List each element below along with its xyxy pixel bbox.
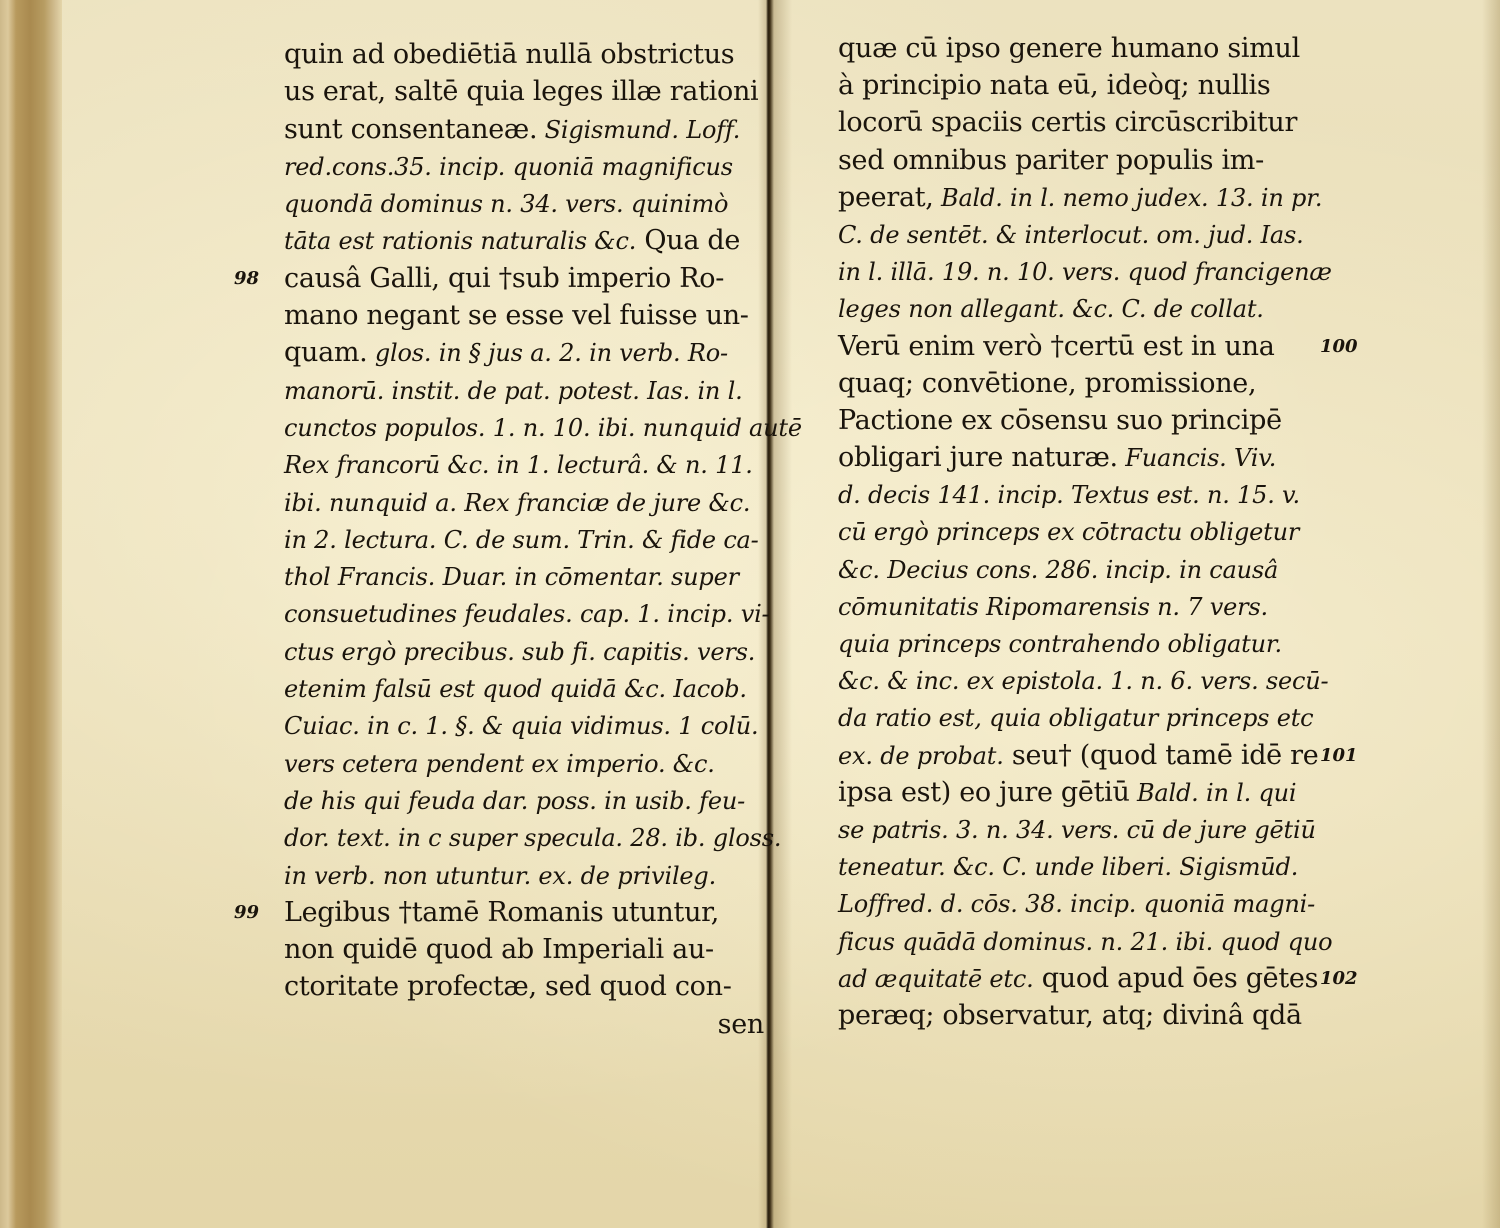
text-line: ibi. nunquid a. Rex franciæ de jure &c. <box>284 484 764 521</box>
text-line: causâ Galli, qui †sub imperio Ro- <box>284 260 764 297</box>
body-text: sunt consentaneæ. <box>284 114 537 145</box>
citation-text: Rex francorū &c. in 1. lecturâ. & n. 11. <box>284 451 753 479</box>
citation-text: se patris. 3. n. 34. vers. cū de jure gē… <box>838 816 1316 844</box>
book-spread: quin ad obediētiā nullā obstrictusus era… <box>0 0 1500 1228</box>
text-line: cū ergò princeps ex cōtractu obligetur <box>838 513 1308 550</box>
citation-text: ficus quādā dominus. n. 21. ibi. quod qu… <box>838 928 1332 956</box>
citation-text: in verb. non utuntur. ex. de privileg. <box>284 862 716 890</box>
text-line: vers cetera pendent ex imperio. &c. <box>284 745 764 782</box>
text-line: teneatur. &c. C. unde liberi. Sigismūd. <box>838 848 1308 885</box>
citation-text: quondā dominus n. 34. vers. quinimò <box>284 190 728 218</box>
text-line: peerat, Bald. in l. nemo judex. 13. in p… <box>838 179 1308 216</box>
text-line: peræq; observatur, atq; divinâ qdā <box>838 997 1308 1034</box>
citation-text: cōmunitatis Ripomarensis n. 7 vers. <box>838 593 1268 621</box>
text-line: d. decis 141. incip. Textus est. n. 15. … <box>838 476 1308 513</box>
text-line: in l. illā. 19. n. 10. vers. quod franci… <box>838 253 1308 290</box>
citation-text: teneatur. &c. C. unde liberi. Sigismūd. <box>838 853 1298 881</box>
citation-text: manorū. instit. de pat. potest. Ias. in … <box>284 377 743 405</box>
text-line: se patris. 3. n. 34. vers. cū de jure gē… <box>838 811 1308 848</box>
citation-text: red.cons.35. incip. quoniā magnificus <box>284 153 733 181</box>
body-text: Qua de <box>636 225 740 256</box>
body-text: seu† (quod tamē idē re <box>1004 740 1319 771</box>
body-text: ctoritate profectæ, sed quod con- <box>284 971 732 1002</box>
text-line: Pactione ex cōsensu suo principē <box>838 402 1308 439</box>
text-line: obligari jure naturæ. Fuancis. Viv. <box>838 439 1308 476</box>
citation-text: vers cetera pendent ex imperio. &c. <box>284 750 715 778</box>
citation-text: Sigismund. Loff. <box>537 116 740 144</box>
body-text: Legibus †tamē Romanis utuntur, <box>284 897 719 928</box>
body-text: us erat, saltē quia leges illæ rationi <box>284 76 758 107</box>
text-line: quondā dominus n. 34. vers. quinimò <box>284 185 764 222</box>
text-line: de his qui feuda dar. poss. in usib. feu… <box>284 782 764 819</box>
body-text: sed omnibus pariter populis im- <box>838 145 1264 176</box>
text-line: consuetudines feudales. cap. 1. incip. v… <box>284 595 764 632</box>
text-line: ad æquitatē etc. quod apud ōes gētes <box>838 960 1308 997</box>
text-line: Verū enim verò †certū est in una <box>838 328 1308 365</box>
text-line: ctus ergò precibus. sub fi. capitis. ver… <box>284 633 764 670</box>
text-line: quæ cū ipso genere humano simul <box>838 30 1308 67</box>
citation-text: consuetudines feudales. cap. 1. incip. v… <box>284 600 769 628</box>
citation-text: ad æquitatē etc. <box>838 965 1034 993</box>
body-text: locorū spaciis certis circūscribitur <box>838 107 1297 138</box>
text-line: quia princeps contrahendo obligatur. <box>838 625 1308 662</box>
text-line: da ratio est, quia obligatur princeps et… <box>838 699 1308 736</box>
citation-text: etenim falsū est quod quidā &c. Iacob. <box>284 675 747 703</box>
citation-text: cū ergò princeps ex cōtractu obligetur <box>838 518 1299 546</box>
text-line: cōmunitatis Ripomarensis n. 7 vers. <box>838 588 1308 625</box>
text-line: Cuiac. in c. 1. §. & quia vidimus. 1 col… <box>284 707 764 744</box>
citation-text: &c. Decius cons. 286. incip. in causâ <box>838 556 1278 584</box>
text-line: &c. & inc. ex epistola. 1. n. 6. vers. s… <box>838 662 1308 699</box>
body-text: peræq; observatur, atq; divinâ qdā <box>838 1000 1302 1031</box>
page-edge-shadow <box>1482 0 1500 1228</box>
text-line: à principio nata eū, ideòq; nullis <box>838 67 1308 104</box>
text-line: leges non allegant. &c. C. de collat. <box>838 290 1308 327</box>
text-line: C. de sentēt. & interlocut. om. jud. Ias… <box>838 216 1308 253</box>
citation-text: in l. illā. 19. n. 10. vers. quod franci… <box>838 258 1332 286</box>
body-text: mano negant se esse vel fuisse un- <box>284 300 749 331</box>
citation-text: &c. & inc. ex epistola. 1. n. 6. vers. s… <box>838 667 1328 695</box>
body-text: quæ cū ipso genere humano simul <box>838 33 1300 64</box>
body-text: obligari jure naturæ. <box>838 442 1118 473</box>
margin-section-number: 98 <box>234 268 259 289</box>
text-line: cunctos populos. 1. n. 10. ibi. nunquid … <box>284 409 764 446</box>
citation-text: ctus ergò precibus. sub fi. capitis. ver… <box>284 638 755 666</box>
citation-text: da ratio est, quia obligatur princeps et… <box>838 704 1313 732</box>
margin-section-number: 101 <box>1320 745 1358 766</box>
body-text: quin ad obediētiā nullā obstrictus <box>284 39 734 70</box>
body-text: Pactione ex cōsensu suo principē <box>838 405 1282 436</box>
text-line: in verb. non utuntur. ex. de privileg. <box>284 857 764 894</box>
text-line: us erat, saltē quia leges illæ rationi <box>284 73 764 110</box>
text-line: quin ad obediētiā nullā obstrictus <box>284 36 764 73</box>
body-text: non quidē quod ab Imperiali au- <box>284 934 714 965</box>
citation-text: cunctos populos. 1. n. 10. ibi. nunquid … <box>284 414 802 442</box>
text-line: thol Francis. Duar. in cōmentar. super <box>284 558 764 595</box>
text-line: sed omnibus pariter populis im- <box>838 142 1308 179</box>
citation-text: ex. de probat. <box>838 742 1004 770</box>
text-line: red.cons.35. incip. quoniā magnificus <box>284 148 764 185</box>
text-line: manorū. instit. de pat. potest. Ias. in … <box>284 372 764 409</box>
book-binding-edge <box>0 0 62 1228</box>
body-text: à principio nata eū, ideòq; nullis <box>838 70 1270 101</box>
citation-text: C. de sentēt. & interlocut. om. jud. Ias… <box>838 221 1304 249</box>
body-text: ipsa est) eo jure gētiū <box>838 777 1130 808</box>
citation-text: tāta est rationis naturalis &c. <box>284 227 636 255</box>
left-page: quin ad obediētiā nullā obstrictusus era… <box>284 36 764 1043</box>
body-text: quam. <box>284 337 367 368</box>
text-line: Rex francorū &c. in 1. lecturâ. & n. 11. <box>284 446 764 483</box>
body-text: causâ Galli, qui †sub imperio Ro- <box>284 263 724 294</box>
text-line: etenim falsū est quod quidā &c. Iacob. <box>284 670 764 707</box>
catchword: sen <box>284 1006 764 1043</box>
text-line: in 2. lectura. C. de sum. Trin. & fide c… <box>284 521 764 558</box>
body-text: peerat, <box>838 182 934 213</box>
text-line: non quidē quod ab Imperiali au- <box>284 931 764 968</box>
text-line: ipsa est) eo jure gētiū Bald. in l. qui <box>838 774 1308 811</box>
citation-text: in 2. lectura. C. de sum. Trin. & fide c… <box>284 526 759 554</box>
text-line: ficus quādā dominus. n. 21. ibi. quod qu… <box>838 923 1308 960</box>
body-text: Verū enim verò †certū est in una <box>838 331 1275 362</box>
text-line: Legibus †tamē Romanis utuntur, <box>284 894 764 931</box>
body-text: quaq; convētione, promissione, <box>838 368 1256 399</box>
text-line: sunt consentaneæ. Sigismund. Loff. <box>284 111 764 148</box>
margin-section-number: 99 <box>234 902 259 923</box>
text-line: tāta est rationis naturalis &c. Qua de <box>284 222 764 259</box>
citation-text: thol Francis. Duar. in cōmentar. super <box>284 563 739 591</box>
citation-text: Bald. in l. qui <box>1130 779 1297 807</box>
text-line: dor. text. in c super specula. 28. ib. g… <box>284 819 764 856</box>
citation-text: Cuiac. in c. 1. §. & quia vidimus. 1 col… <box>284 712 758 740</box>
text-line: quam. glos. in § jus a. 2. in verb. Ro- <box>284 334 764 371</box>
citation-text: ibi. nunquid a. Rex franciæ de jure &c. <box>284 489 750 517</box>
text-line: quaq; convētione, promissione, <box>838 365 1308 402</box>
text-line: ctoritate profectæ, sed quod con- <box>284 968 764 1005</box>
text-line: Loffred. d. cōs. 38. incip. quoniā magni… <box>838 885 1308 922</box>
citation-text: leges non allegant. &c. C. de collat. <box>838 295 1264 323</box>
text-line: mano negant se esse vel fuisse un- <box>284 297 764 334</box>
citation-text: d. decis 141. incip. Textus est. n. 15. … <box>838 481 1300 509</box>
body-text: quod apud ōes gētes <box>1034 963 1319 994</box>
text-line: ex. de probat. seu† (quod tamē idē re <box>838 737 1308 774</box>
citation-text: Bald. in l. nemo judex. 13. in pr. <box>934 184 1323 212</box>
citation-text: quia princeps contrahendo obligatur. <box>838 630 1282 658</box>
text-line: locorū spaciis certis circūscribitur <box>838 104 1308 141</box>
citation-text: glos. in § jus a. 2. in verb. Ro- <box>367 339 727 367</box>
citation-text: Fuancis. Viv. <box>1118 444 1276 472</box>
right-page: quæ cū ipso genere humano simulà princip… <box>838 30 1308 1034</box>
margin-section-number: 102 <box>1320 968 1358 989</box>
margin-section-number: 100 <box>1320 336 1358 357</box>
citation-text: Loffred. d. cōs. 38. incip. quoniā magni… <box>838 890 1315 918</box>
text-line: &c. Decius cons. 286. incip. in causâ <box>838 551 1308 588</box>
citation-text: dor. text. in c super specula. 28. ib. g… <box>284 824 781 852</box>
citation-text: de his qui feuda dar. poss. in usib. feu… <box>284 787 745 815</box>
